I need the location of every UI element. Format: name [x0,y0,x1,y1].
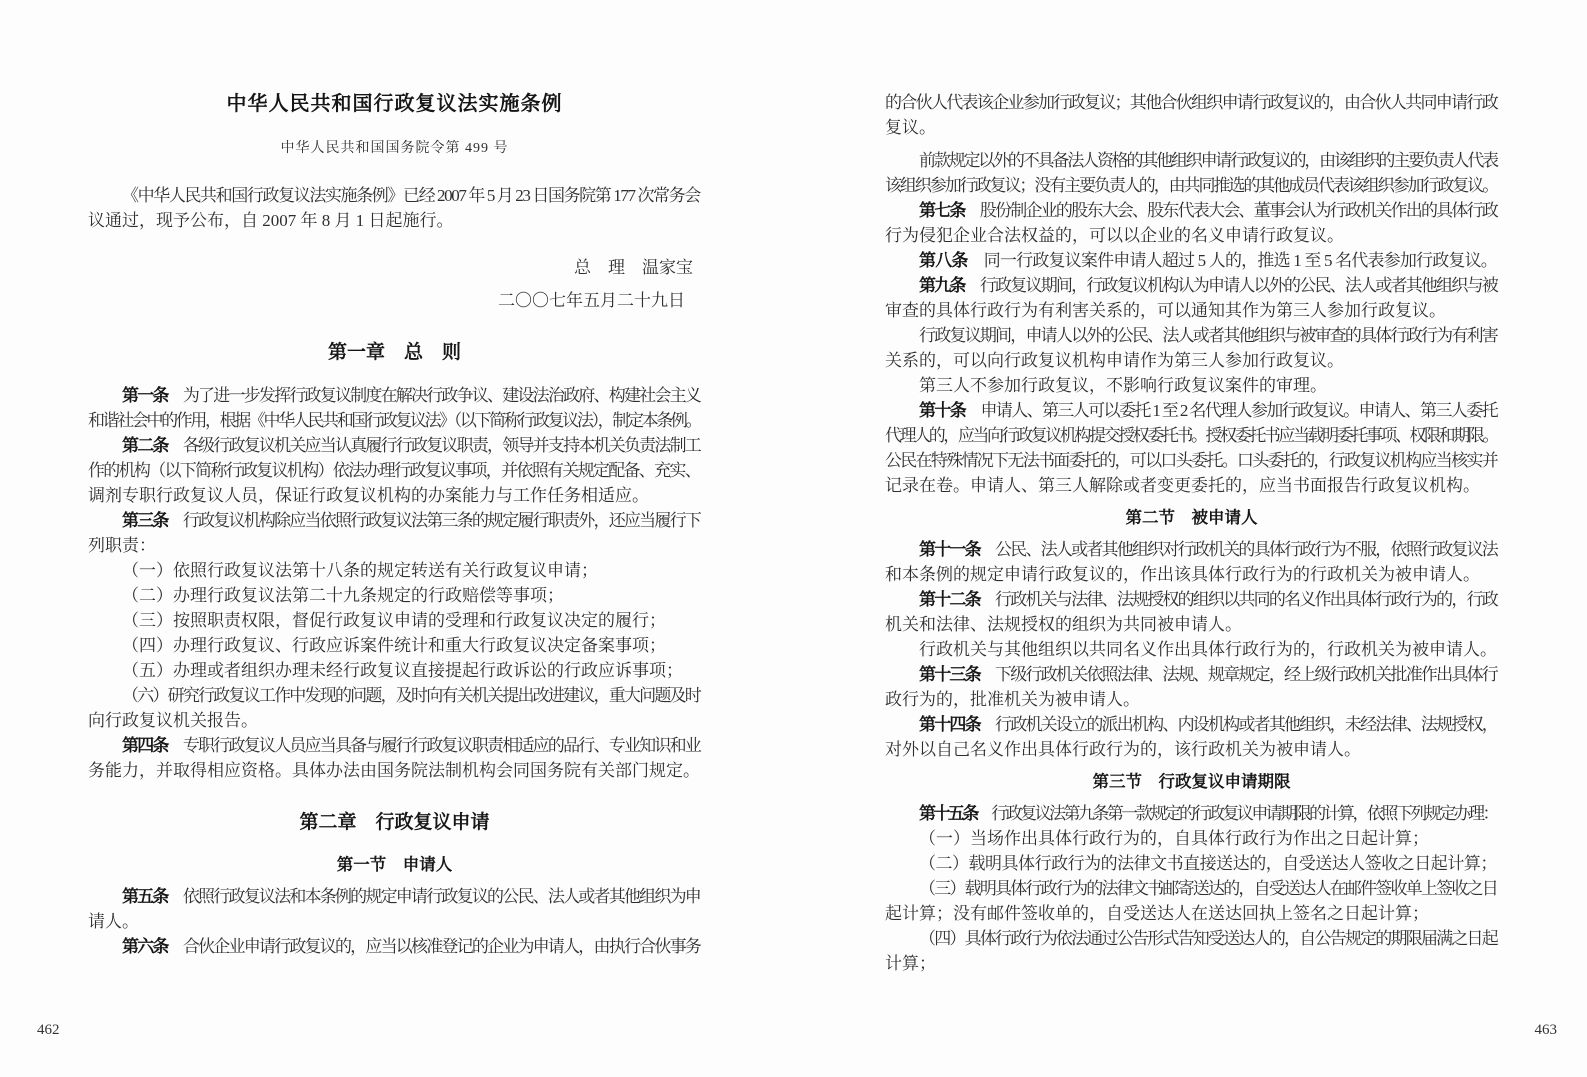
paragraph: 第二条 各级行政复议机关应当认真履行行政复议职责，领导并支持本机关负责法制工作的… [88,433,701,508]
paragraph: 第三条 行政复议机构除应当依照行政复议法第三条的规定履行职责外，还应当履行下列职… [88,508,701,558]
article-text: 下级行政机关依照法律、法规、规章规定，经上级行政机关批准作出具体行 [980,665,1497,684]
paragraph: 行政机关与其他组织以共同名义作出具体行政行为的，行政机关为被申请人。 [885,637,1498,662]
text-line: 第十三条 下级行政机关依照法律、法规、规章规定，经上级行政机关批准作出具体行 [885,662,1498,687]
text-line: 《中华人民共和国行政复议法实施条例》已经 2007 年 5 月 23 日国务院第… [88,183,701,208]
paragraph: 的合伙人代表该企业参加行政复议；其他合伙组织申请行政复议的，由合伙人共同申请行政… [885,90,1498,140]
section-heading: 第三节 行政复议申请期限 [885,770,1498,795]
article-text: 行政复议法第九条第一款规定的行政复议申请期限的计算，依照下列规定办理： [977,804,1497,823]
text-line: （三）按照职责权限，督促行政复议申请的受理和行政复议决定的履行； [88,608,701,633]
section-heading: 第一节 申请人 [88,853,701,878]
article-text: 同一行政复议案件申请人超过 5 人的，推选 1 至 5 名代表参加行政复议。 [968,251,1497,270]
text-line: 第六条 合伙企业申请行政复议的，应当以核准登记的企业为申请人，由执行合伙事务 [88,934,701,959]
text-line: 第十四条 行政机关设立的派出机构、内设机构或者其他组织，未经法律、法规授权， [885,712,1498,737]
text-line: 作的机构（以下简称行政复议机构）依法办理行政复议事项，并依照有关规定配备、充实、 [88,458,701,483]
text-line: 前款规定以外的不具备法人资格的其他组织申请行政复议的，由该组织的主要负责人代表 [885,148,1498,173]
text-line: 复议。 [885,115,1498,140]
text-line: 第七条 股份制企业的股东大会、股东代表大会、董事会认为行政机关作出的具体行政 [885,198,1498,223]
text-line: 行政机关与其他组织以共同名义作出具体行政行为的，行政机关为被申请人。 [885,637,1498,662]
paragraph: （二）载明具体行政行为的法律文书直接送达的，自受送达人签收之日起计算； [885,851,1498,876]
paragraph: （四）办理行政复议、行政应诉案件统计和重大行政复议决定备案事项； [88,633,701,658]
paragraph: 第一条 为了进一步发挥行政复议制度在解决行政争议、建设法治政府、构建社会主义和谐… [88,383,701,433]
text-line: （四）具体行政行为依法通过公告形式告知受送达人的，自公告规定的期限届满之日起 [885,926,1498,951]
text-line: 第十五条 行政复议法第九条第一款规定的行政复议申请期限的计算，依照下列规定办理： [885,801,1498,826]
text-line: 该组织参加行政复议；没有主要负责人的，由共同推选的其他成员代表该组织参加行政复议… [885,173,1498,198]
paragraph: （一）依照行政复议法第十八条的规定转送有关行政复议申请； [88,558,701,583]
promulgation-date: 二〇〇七年五月二十九日 [88,288,701,313]
text-line: 第十条 申请人、第三人可以委托 1 至 2 名代理人参加行政复议。申请人、第三人… [885,398,1498,423]
paragraph: （三）载明具体行政行为的法律文书邮寄送达的，自受送达人在邮件签收单上签收之日起计… [885,876,1498,926]
article-number: 第二条 [122,436,168,455]
text-line: 和本条例的规定申请行政复议的，作出该具体行政行为的行政机关为被申请人。 [885,562,1498,587]
page-right: 的合伙人代表该企业参加行政复议；其他合伙组织申请行政复议的，由合伙人共同申请行政… [885,0,1498,976]
article-number: 第一条 [122,386,168,405]
article-number: 第七条 [919,201,965,220]
page-left: 中华人民共和国行政复议法实施条例中华人民共和国国务院令第 499 号《中华人民共… [88,0,701,959]
paragraph: 第十四条 行政机关设立的派出机构、内设机构或者其他组织，未经法律、法规授权，对外… [885,712,1498,762]
text-line: （五）办理或者组织办理未经行政复议直接提起行政诉讼的行政应诉事项； [88,658,701,683]
paragraph: （一）当场作出具体行政行为的，自具体行政行为作出之日起计算； [885,826,1498,851]
text-line: （二）载明具体行政行为的法律文书直接送达的，自受送达人签收之日起计算； [885,851,1498,876]
article-text: 股份制企业的股东大会、股东代表大会、董事会认为行政机关作出的具体行政 [965,201,1497,220]
text-line: 第四条 专职行政复议人员应当具备与履行行政复议职责相适应的品行、专业知识和业 [88,733,701,758]
text-line: 第九条 行政复议期间，行政复议机构认为申请人以外的公民、法人或者其他组织与被 [885,273,1498,298]
paragraph: 第十条 申请人、第三人可以委托 1 至 2 名代理人参加行政复议。申请人、第三人… [885,398,1498,498]
paragraph: 第七条 股份制企业的股东大会、股东代表大会、董事会认为行政机关作出的具体行政行为… [885,198,1498,248]
paragraph: 第八条 同一行政复议案件申请人超过 5 人的，推选 1 至 5 名代表参加行政复… [885,248,1498,273]
text-line: 行为侵犯企业合法权益的，可以以企业的名义申请行政复议。 [885,223,1498,248]
article-text: 为了进一步发挥行政复议制度在解决行政争议、建设法治政府、构建社会主义 [168,386,700,405]
article-text: 合伙企业申请行政复议的，应当以核准登记的企业为申请人，由执行合伙事务 [168,937,700,956]
article-number: 第九条 [919,276,965,295]
paragraph: （五）办理或者组织办理未经行政复议直接提起行政诉讼的行政应诉事项； [88,658,701,683]
text-line: 公民在特殊情况下无法书面委托的，可以口头委托。口头委托的，行政复议机构应当核实并 [885,448,1498,473]
text-line: 请人。 [88,909,701,934]
text-line: 的合伙人代表该企业参加行政复议；其他合伙组织申请行政复议的，由合伙人共同申请行政 [885,90,1498,115]
chapter-heading: 第二章 行政复议申请 [88,809,701,837]
text-line: 对外以自己名义作出具体行政行为的，该行政机关为被申请人。 [885,737,1498,762]
text-line: 起计算；没有邮件签收单的，自受送达人在送达回执上签名之日起计算； [885,901,1498,926]
article-number: 第十四条 [919,715,980,734]
text-line: 审查的具体行政行为有利害关系的，可以通知其作为第三人参加行政复议。 [885,298,1498,323]
article-text: 各级行政复议机关应当认真履行行政复议职责，领导并支持本机关负责法制工 [168,436,700,455]
paragraph: （二）办理行政复议法第二十九条规定的行政赔偿等事项； [88,583,701,608]
paragraph: （四）具体行政行为依法通过公告形式告知受送达人的，自公告规定的期限届满之日起计算… [885,926,1498,976]
article-number: 第十五条 [919,804,977,823]
paragraph: 第九条 行政复议期间，行政复议机构认为申请人以外的公民、法人或者其他组织与被审查… [885,273,1498,323]
text-line: （三）载明具体行政行为的法律文书邮寄送达的，自受送达人在邮件签收单上签收之日 [885,876,1498,901]
article-text: 行政机关与法律、法规授权的组织以共同的名义作出具体行政行为的，行政 [980,590,1497,609]
text-line: 第二条 各级行政复议机关应当认真履行行政复议职责，领导并支持本机关负责法制工 [88,433,701,458]
article-number: 第十二条 [919,590,980,609]
paragraph: 第六条 合伙企业申请行政复议的，应当以核准登记的企业为申请人，由执行合伙事务 [88,934,701,959]
text-line: 关系的，可以向行政复议机构申请作为第三人参加行政复议。 [885,348,1498,373]
text-line: 议通过，现予公布，自 2007 年 8 月 1 日起施行。 [88,208,701,233]
article-number: 第五条 [122,887,168,906]
text-line: 政行为的，批准机关为被申请人。 [885,687,1498,712]
paragraph: 第四条 专职行政复议人员应当具备与履行行政复议职责相适应的品行、专业知识和业务能… [88,733,701,783]
text-line: 和谐社会中的作用，根据《中华人民共和国行政复议法》（以下简称行政复议法），制定本… [88,408,701,433]
text-line: 第十一条 公民、法人或者其他组织对行政机关的具体行政行为不服，依照行政复议法 [885,537,1498,562]
paragraph: 第五条 依照行政复议法和本条例的规定申请行政复议的公民、法人或者其他组织为申请人… [88,884,701,934]
paragraph: 第十五条 行政复议法第九条第一款规定的行政复议申请期限的计算，依照下列规定办理： [885,801,1498,826]
text-line: 务能力，并取得相应资格。具体办法由国务院法制机构会同国务院有关部门规定。 [88,758,701,783]
text-line: 机关和法律、法规授权的组织为共同被申请人。 [885,612,1498,637]
premier-signature: 总 理 温家宝 [88,255,701,280]
article-number: 第六条 [122,937,168,956]
text-line: 计算； [885,951,1498,976]
paragraph: （六）研究行政复议工作中发现的问题，及时向有关机关提出改进建议，重大问题及时向行… [88,683,701,733]
article-text: 依照行政复议法和本条例的规定申请行政复议的公民、法人或者其他组织为申 [168,887,700,906]
paragraph: 前款规定以外的不具备法人资格的其他组织申请行政复议的，由该组织的主要负责人代表该… [885,148,1498,198]
article-number: 第四条 [122,736,168,755]
article-text: 申请人、第三人可以委托 1 至 2 名代理人参加行政复议。申请人、第三人委托 [965,401,1497,420]
text-line: 向行政复议机关报告。 [88,708,701,733]
paragraph: 第三人不参加行政复议，不影响行政复议案件的审理。 [885,373,1498,398]
text-line: 第八条 同一行政复议案件申请人超过 5 人的，推选 1 至 5 名代表参加行政复… [885,248,1498,273]
paragraph: 《中华人民共和国行政复议法实施条例》已经 2007 年 5 月 23 日国务院第… [88,183,701,233]
paragraph: 第十二条 行政机关与法律、法规授权的组织以共同的名义作出具体行政行为的，行政机关… [885,587,1498,637]
page-number-left: 462 [37,1020,60,1040]
book-spread: 中华人民共和国行政复议法实施条例中华人民共和国国务院令第 499 号《中华人民共… [0,0,1587,1077]
text-line: 第一条 为了进一步发挥行政复议制度在解决行政争议、建设法治政府、构建社会主义 [88,383,701,408]
article-number: 第十三条 [919,665,980,684]
page-number-right: 463 [1535,1020,1558,1040]
article-text: 行政复议机构除应当依照行政复议法第三条的规定履行职责外，还应当履行下 [168,511,700,530]
paragraph: 第十三条 下级行政机关依照法律、法规、规章规定，经上级行政机关批准作出具体行政行… [885,662,1498,712]
text-line: （一）依照行政复议法第十八条的规定转送有关行政复议申请； [88,558,701,583]
article-text: 公民、法人或者其他组织对行政机关的具体行政行为不服，依照行政复议法 [980,540,1497,559]
section-heading: 第二节 被申请人 [885,506,1498,531]
paragraph: 行政复议期间，申请人以外的公民、法人或者其他组织与被审查的具体行政行为有利害关系… [885,323,1498,373]
text-line: 第三人不参加行政复议，不影响行政复议案件的审理。 [885,373,1498,398]
text-line: 第五条 依照行政复议法和本条例的规定申请行政复议的公民、法人或者其他组织为申 [88,884,701,909]
text-line: 代理人的，应当向行政复议机构提交授权委托书。授权委托书应当载明委托事项、权限和期… [885,423,1498,448]
article-text: 行政复议期间，行政复议机构认为申请人以外的公民、法人或者其他组织与被 [965,276,1497,295]
text-line: （二）办理行政复议法第二十九条规定的行政赔偿等事项； [88,583,701,608]
article-text: 行政机关设立的派出机构、内设机构或者其他组织，未经法律、法规授权， [980,715,1497,734]
text-line: 调剂专职行政复议人员，保证行政复议机构的办案能力与工作任务相适应。 [88,483,701,508]
article-number: 第十条 [919,401,965,420]
text-line: 列职责： [88,533,701,558]
text-line: （四）办理行政复议、行政应诉案件统计和重大行政复议决定备案事项； [88,633,701,658]
chapter-heading: 第一章 总 则 [88,339,701,367]
text-line: 第十二条 行政机关与法律、法规授权的组织以共同的名义作出具体行政行为的，行政 [885,587,1498,612]
text-line: 记录在卷。申请人、第三人解除或者变更委托的，应当书面报告行政复议机构。 [885,473,1498,498]
document-title: 中华人民共和国行政复议法实施条例 [88,91,701,117]
article-text: 专职行政复议人员应当具备与履行行政复议职责相适应的品行、专业知识和业 [168,736,700,755]
text-line: 行政复议期间，申请人以外的公民、法人或者其他组织与被审查的具体行政行为有利害 [885,323,1498,348]
text-line: 第三条 行政复议机构除应当依照行政复议法第三条的规定履行职责外，还应当履行下 [88,508,701,533]
article-number: 第十一条 [919,540,980,559]
paragraph: 第十一条 公民、法人或者其他组织对行政机关的具体行政行为不服，依照行政复议法和本… [885,537,1498,587]
text-line: （六）研究行政复议工作中发现的问题，及时向有关机关提出改进建议，重大问题及时 [88,683,701,708]
article-number: 第八条 [919,251,968,270]
decree-number: 中华人民共和国国务院令第 499 号 [88,139,701,159]
article-number: 第三条 [122,511,168,530]
paragraph: （三）按照职责权限，督促行政复议申请的受理和行政复议决定的履行； [88,608,701,633]
text-line: （一）当场作出具体行政行为的，自具体行政行为作出之日起计算； [885,826,1498,851]
